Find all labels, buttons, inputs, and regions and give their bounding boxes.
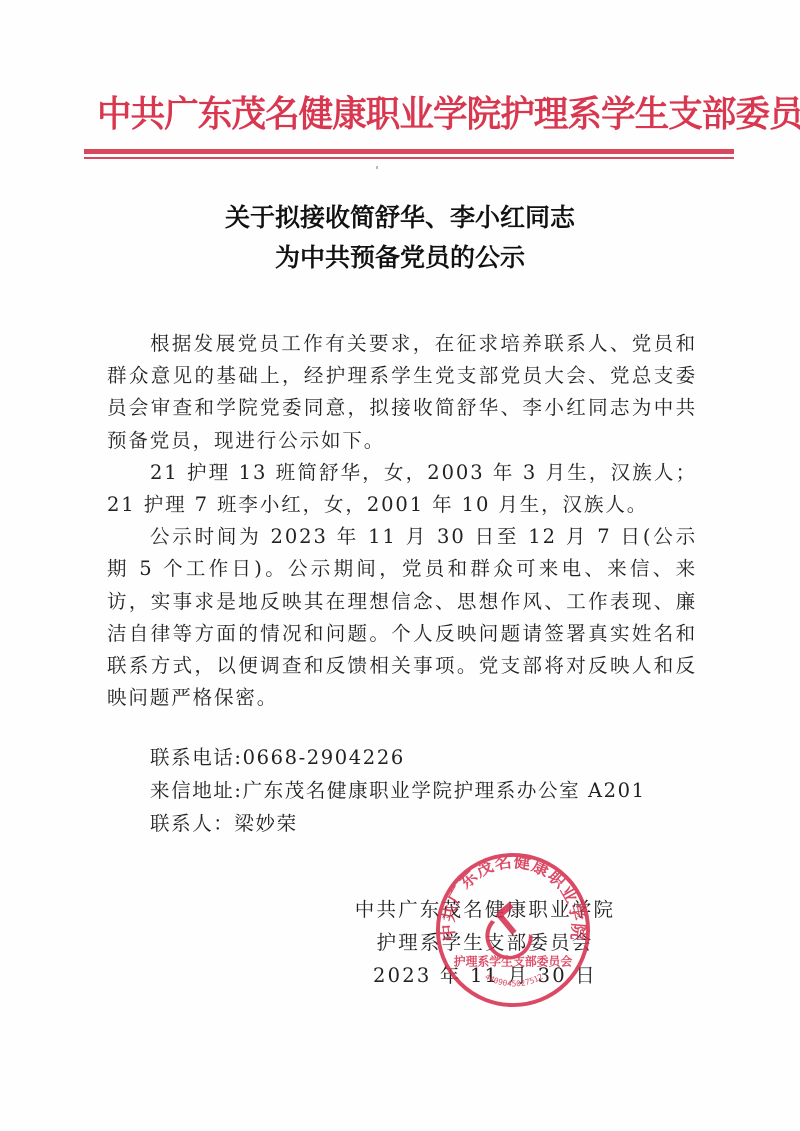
official-seal-icon: 中共广东茂名健康职业学院 护理系学生支部委员会 4409045027512	[434, 851, 592, 1009]
contact-info: 联系电话:0668-2904226 来信地址:广东茂名健康职业学院护理系办公室 …	[150, 741, 710, 840]
paragraph-period: 公示时间为 2023 年 11 月 30 日至 12 月 7 日(公示期 5 个…	[107, 521, 697, 714]
contact-person: 联系人：梁妙荣	[150, 807, 710, 840]
masthead-thick-rule	[84, 149, 734, 154]
svg-text:4409045027512: 4409045027512	[483, 972, 544, 988]
hammer-sickle-icon	[485, 902, 532, 960]
seal-inner-text: 护理系学生支部委员会	[454, 955, 573, 969]
title-line-1: 关于拟接收简舒华、李小红同志	[100, 198, 700, 238]
contact-phone: 联系电话:0668-2904226	[150, 741, 710, 774]
document-body: 根据发展党员工作有关要求，在征求培养联系人、党员和群众意见的基础上，经护理系学生…	[107, 328, 697, 714]
title-line-2: 为中共预备党员的公示	[100, 238, 700, 278]
document-page: 中共广东茂名健康职业学院护理系学生支部委员会 关于拟接收简舒华、李小红同志 为中…	[0, 0, 800, 1131]
masthead-thin-rule	[84, 157, 734, 159]
document-title: 关于拟接收简舒华、李小红同志 为中共预备党员的公示	[100, 198, 700, 278]
paragraph-candidates: 21 护理 13 班简舒华，女，2003 年 3 月生，汉族人；21 护理 7 …	[107, 457, 697, 521]
seal-serial: 4409045027512	[483, 972, 544, 988]
paragraph-intro: 根据发展党员工作有关要求，在征求培养联系人、党员和群众意见的基础上，经护理系学生…	[107, 328, 697, 457]
masthead-organization: 中共广东茂名健康职业学院护理系学生支部委员会	[97, 88, 721, 140]
contact-address: 来信地址:广东茂名健康职业学院护理系办公室 A201	[150, 774, 710, 807]
scan-speck	[376, 166, 378, 169]
